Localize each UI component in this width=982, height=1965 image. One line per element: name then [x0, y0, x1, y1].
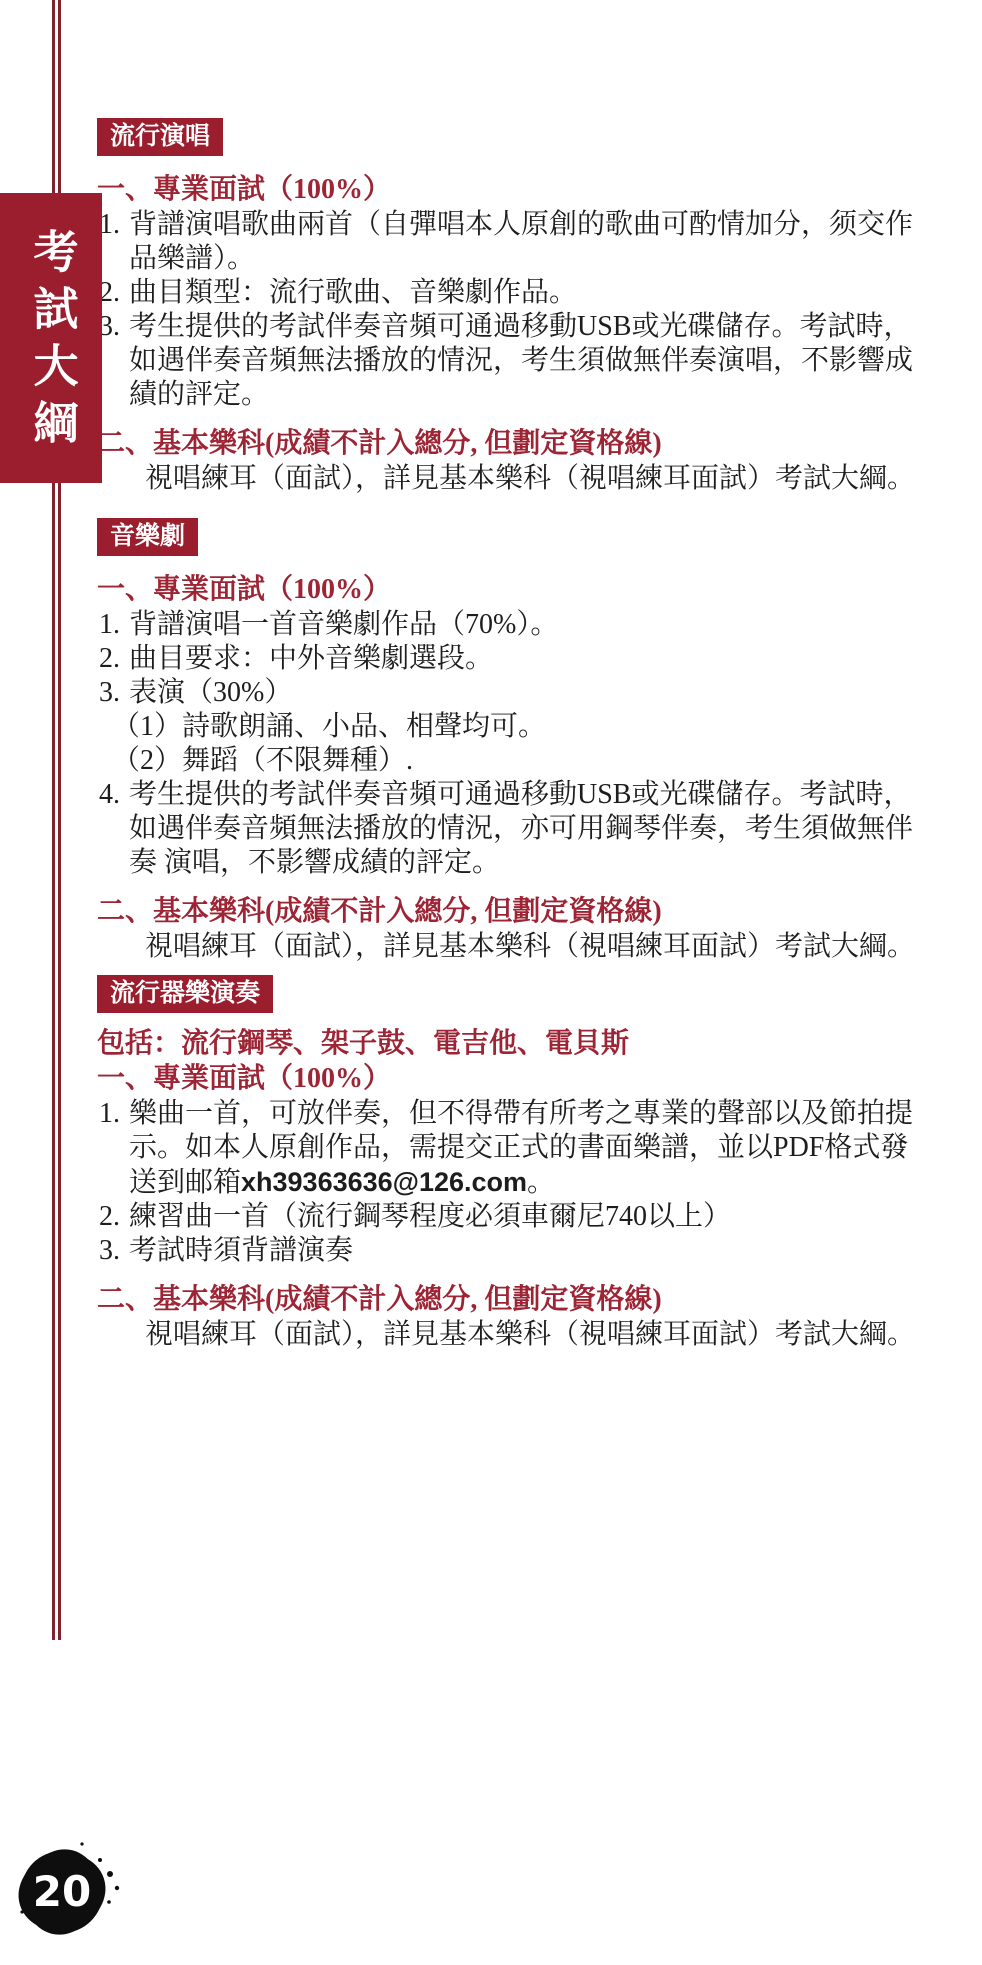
section-heading: 一、專業面試（100%） — [97, 172, 945, 208]
section-badge: 音樂劇 — [97, 518, 198, 556]
section-heading-secondary: 二、基本樂科(成績不計入總分, 但劃定資格線) — [97, 894, 945, 930]
section-badge: 流行演唱 — [97, 118, 223, 156]
list-item: 1.樂曲一首，可放伴奏，但不得帶有所考之專業的聲部以及節拍提示。如本人原創作品，… — [97, 1097, 945, 1200]
exam-section: 流行演唱一、專業面試（100%）1.背譜演唱歌曲兩首（自彈唱本人原創的歌曲可酌情… — [97, 118, 945, 496]
ink-splatter-dot — [107, 1900, 111, 1904]
item-line: 品樂譜）。 — [129, 242, 945, 276]
item-number: 1. — [97, 1097, 129, 1131]
item-line: 背譜演唱歌曲兩首（自彈唱本人原創的歌曲可酌情加分，须交作 — [129, 208, 945, 242]
exam-section: 流行器樂演奏包括：流行鋼琴、架子鼓、電吉他、電貝斯一、專業面試（100%）1.樂… — [97, 975, 945, 1352]
ink-splatter-dot — [20, 1910, 23, 1913]
sidebar-tab: 考試大綱 — [0, 193, 102, 483]
item-lines: （2）舞蹈（不限舞種）. — [112, 744, 945, 778]
item-line: 背譜演唱一首音樂劇作品（70%）。 — [129, 608, 945, 642]
list-item: 3.表演（30%） — [97, 676, 945, 710]
item-line: 送到邮箱xh39363636@126.com。 — [129, 1165, 945, 1200]
item-line: 表演（30%） — [129, 676, 945, 710]
item-lines: 考生提供的考試伴奏音頻可通過移動USB或光碟儲存。考試時，如遇伴奏音頻無法播放的… — [129, 778, 945, 880]
item-number: 2. — [97, 642, 129, 676]
item-line: 考生提供的考試伴奏音頻可通過移動USB或光碟儲存。考試時， — [129, 778, 945, 812]
ink-splatter-dot — [98, 1858, 102, 1862]
list-item: 3.考生提供的考試伴奏音頻可通過移動USB或光碟儲存。考試時，如遇伴奏音頻無法播… — [97, 310, 945, 412]
item-line: 績的評定。 — [129, 378, 945, 412]
item-number: 3. — [97, 676, 129, 710]
item-line-text: 。 — [527, 1167, 555, 1198]
list-item: 2.練習曲一首（流行鋼琴程度必須車爾尼740以上） — [97, 1200, 945, 1234]
section-heading-secondary: 二、基本樂科(成績不計入總分, 但劃定資格線) — [97, 426, 945, 462]
item-line: 如遇伴奏音頻無法播放的情況，考生須做無伴奏演唱，不影響成 — [129, 344, 945, 378]
item-lines: 背譜演唱一首音樂劇作品（70%）。 — [129, 608, 945, 642]
section-badge: 流行器樂演奏 — [97, 975, 273, 1013]
item-line: 考試時須背譜演奏 — [129, 1234, 945, 1268]
ink-splatter-dot — [107, 1871, 113, 1877]
include-line: 包括：流行鋼琴、架子鼓、電吉他、電貝斯 — [97, 1027, 945, 1061]
list-item: 2.曲目類型：流行歌曲、音樂劇作品。 — [97, 276, 945, 310]
ink-splatter-dot — [115, 1886, 119, 1890]
section-subline: 視唱練耳（面試），詳見基本樂科（視唱練耳面試）考試大綱。 — [145, 462, 945, 496]
item-lines: （1）詩歌朗誦、小品、相聲均可。 — [112, 710, 945, 744]
item-number: 4. — [97, 778, 129, 812]
list-item: 4.考生提供的考試伴奏音頻可通過移動USB或光碟儲存。考試時，如遇伴奏音頻無法播… — [97, 778, 945, 880]
section-subline: 視唱練耳（面試），詳見基本樂科（視唱練耳面試）考試大綱。 — [145, 1318, 945, 1352]
item-lines: 曲目要求：中外音樂劇選段。 — [129, 642, 945, 676]
item-line: 樂曲一首，可放伴奏，但不得帶有所考之專業的聲部以及節拍提 — [129, 1097, 945, 1131]
exam-section: 音樂劇一、專業面試（100%）1.背譜演唱一首音樂劇作品（70%）。2.曲目要求… — [97, 518, 945, 964]
list-item: （2）舞蹈（不限舞種）. — [97, 744, 945, 778]
item-lines: 背譜演唱歌曲兩首（自彈唱本人原創的歌曲可酌情加分，须交作品樂譜）。 — [129, 208, 945, 276]
section-heading-secondary: 二、基本樂科(成績不計入總分, 但劃定資格線) — [97, 1282, 945, 1318]
item-line: 曲目類型：流行歌曲、音樂劇作品。 — [129, 276, 945, 310]
item-lines: 考試時須背譜演奏 — [129, 1234, 945, 1268]
item-lines: 曲目類型：流行歌曲、音樂劇作品。 — [129, 276, 945, 310]
item-line: 曲目要求：中外音樂劇選段。 — [129, 642, 945, 676]
item-lines: 考生提供的考試伴奏音頻可通過移動USB或光碟儲存。考試時，如遇伴奏音頻無法播放的… — [129, 310, 945, 412]
item-line: 示。如本人原創作品，需提交正式的書面樂譜，並以PDF格式發 — [129, 1131, 945, 1165]
section-subline: 視唱練耳（面試），詳見基本樂科（視唱練耳面試）考試大綱。 — [145, 930, 945, 964]
item-line: 如遇伴奏音頻無法播放的情況，亦可用鋼琴伴奏，考生須做無伴 — [129, 812, 945, 846]
list-item: 3.考試時須背譜演奏 — [97, 1234, 945, 1268]
item-line-text: 送到邮箱 — [129, 1167, 241, 1198]
item-line: 奏 演唱，不影響成績的評定。 — [129, 846, 945, 880]
item-line: 考生提供的考試伴奏音頻可通過移動USB或光碟儲存。考試時， — [129, 310, 945, 344]
email-text: xh39363636@126.com — [241, 1167, 527, 1197]
item-lines: 練習曲一首（流行鋼琴程度必須車爾尼740以上） — [129, 1200, 945, 1234]
item-number: 2. — [97, 1200, 129, 1234]
item-lines: 樂曲一首，可放伴奏，但不得帶有所考之專業的聲部以及節拍提示。如本人原創作品，需提… — [129, 1097, 945, 1200]
list-item: 1.背譜演唱一首音樂劇作品（70%）。 — [97, 608, 945, 642]
section-heading: 一、專業面試（100%） — [97, 1061, 945, 1097]
item-line: （1）詩歌朗誦、小品、相聲均可。 — [112, 710, 945, 744]
sidebar-tab-label: 考試大綱 — [29, 220, 74, 456]
item-number: 3. — [97, 1234, 129, 1268]
ink-splatter-dot — [80, 1842, 83, 1845]
item-line: （2）舞蹈（不限舞種）. — [112, 744, 945, 778]
list-item: 1.背譜演唱歌曲兩首（自彈唱本人原創的歌曲可酌情加分，须交作品樂譜）。 — [97, 208, 945, 276]
item-number: 1. — [97, 608, 129, 642]
section-heading: 一、專業面試（100%） — [97, 572, 945, 608]
item-lines: 表演（30%） — [129, 676, 945, 710]
document-page: 考試大綱 流行演唱一、專業面試（100%）1.背譜演唱歌曲兩首（自彈唱本人原創的… — [0, 0, 982, 1965]
list-item: 2.曲目要求：中外音樂劇選段。 — [97, 642, 945, 676]
page-number: 20 — [33, 1867, 91, 1916]
page-number-badge: 20 — [10, 1838, 140, 1948]
list-item: （1）詩歌朗誦、小品、相聲均可。 — [97, 710, 945, 744]
item-line: 練習曲一首（流行鋼琴程度必須車爾尼740以上） — [129, 1200, 945, 1234]
